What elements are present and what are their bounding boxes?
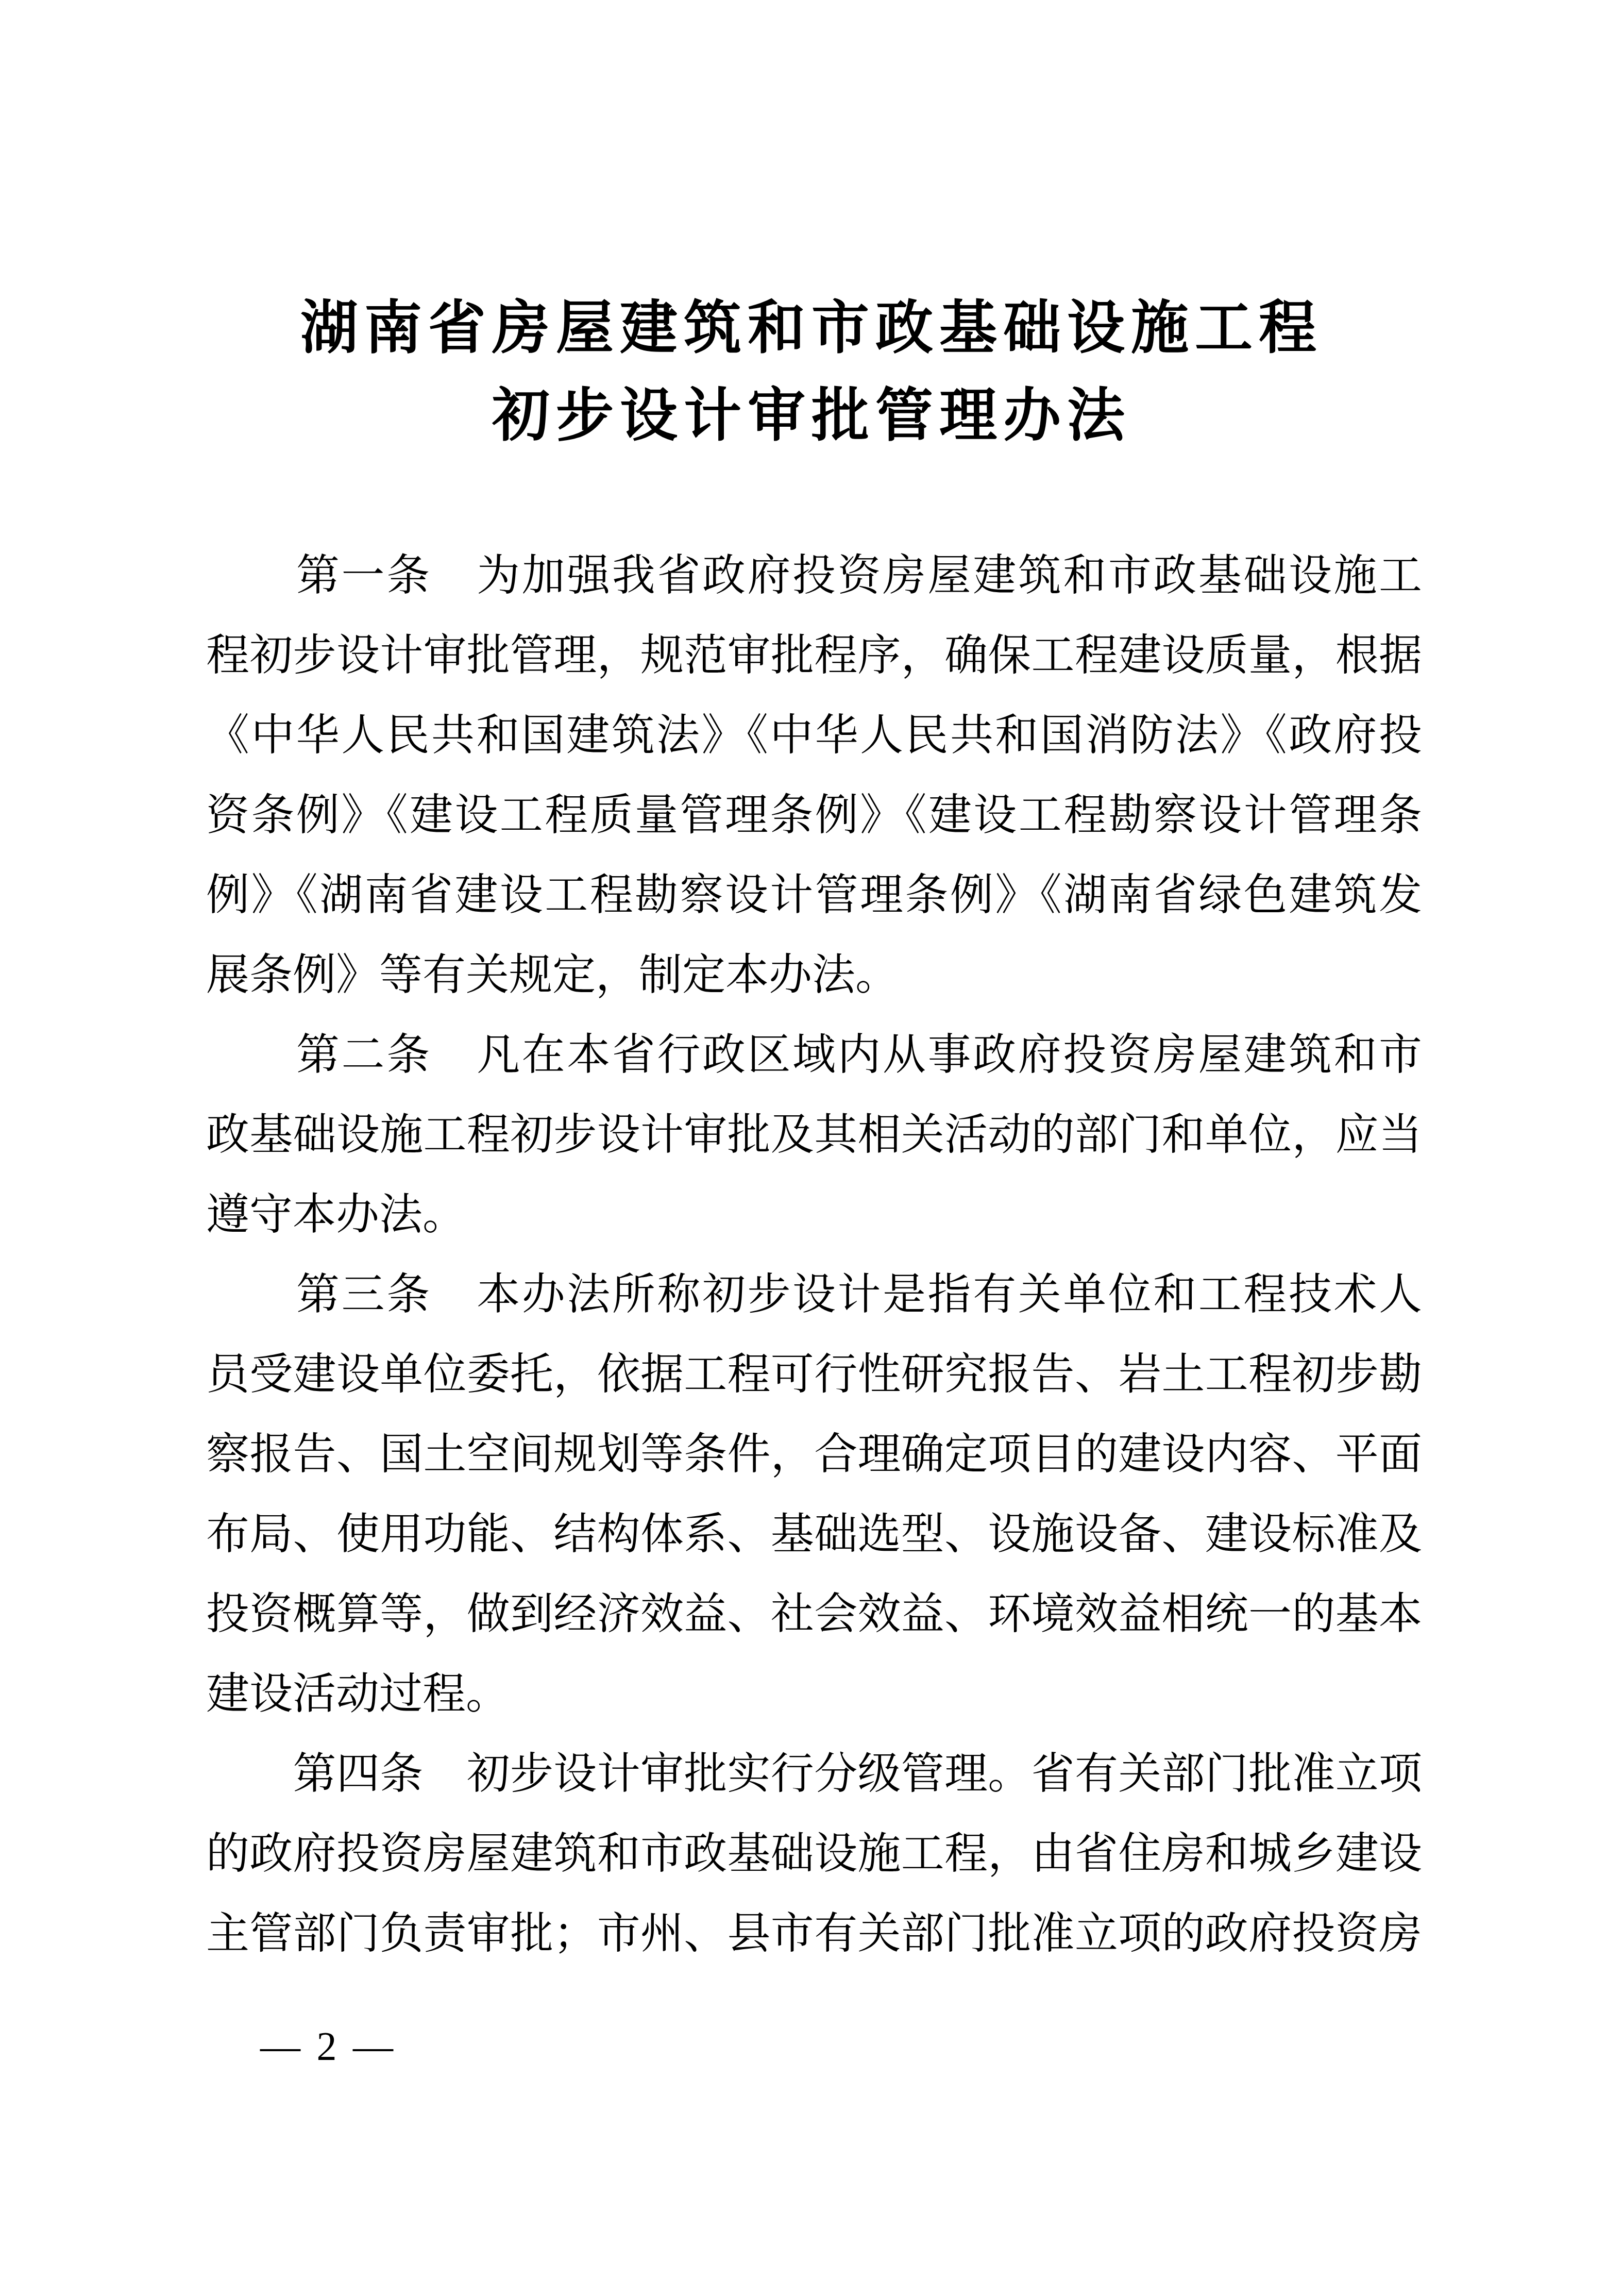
body-line: 布局、使用功能、结构体系、基础选型、设施设备、建设标准及 bbox=[206, 1495, 1422, 1574]
document-title-line1: 湖南省房屋建筑和市政基础设施工程 bbox=[0, 295, 1623, 362]
body-line: 第一条 为加强我省政府投资房屋建筑和市政基础设施工 bbox=[206, 536, 1422, 616]
document-title-line2: 初步设计审批管理办法 bbox=[0, 382, 1623, 449]
body-line: 展条例》等有关规定，制定本办法。 bbox=[206, 935, 1422, 1015]
body-line: 员受建设单位委托，依据工程可行性研究报告、岩土工程初步勘 bbox=[206, 1335, 1422, 1415]
body-line: 投资概算等，做到经济效益、社会效益、环境效益相统一的基本 bbox=[206, 1574, 1422, 1654]
body-line: 的政府投资房屋建筑和市政基础设施工程，由省住房和城乡建设 bbox=[206, 1814, 1422, 1894]
body-line: 第四条 初步设计审批实行分级管理。省有关部门批准立项 bbox=[206, 1734, 1422, 1814]
body-line: 例》《湖南省建设工程勘察设计管理条例》《湖南省绿色建筑发 bbox=[206, 856, 1422, 935]
body-line: 程初步设计审批管理，规范审批程序，确保工程建设质量，根据 bbox=[206, 616, 1422, 696]
body-line: 主管部门负责审批；市州、县市有关部门批准立项的政府投资房 bbox=[206, 1894, 1422, 1974]
body-line: 《中华人民共和国建筑法》《中华人民共和国消防法》《政府投 bbox=[206, 696, 1422, 776]
body-line: 政基础设施工程初步设计审批及其相关活动的部门和单位，应当 bbox=[206, 1095, 1422, 1175]
body-line: 第三条 本办法所称初步设计是指有关单位和工程技术人 bbox=[206, 1255, 1422, 1335]
body-line: 第二条 凡在本省行政区域内从事政府投资房屋建筑和市 bbox=[206, 1015, 1422, 1095]
body-line: 建设活动过程。 bbox=[206, 1654, 1422, 1734]
body-line: 资条例》《建设工程质量管理条例》《建设工程勘察设计管理条 bbox=[206, 776, 1422, 856]
document-page: 湖南省房屋建筑和市政基础设施工程 初步设计审批管理办法 第一条 为加强我省政府投… bbox=[0, 0, 1623, 2296]
document-body: 第一条 为加强我省政府投资房屋建筑和市政基础设施工程初步设计审批管理，规范审批程… bbox=[206, 536, 1422, 1974]
page-number: — 2 — bbox=[260, 2007, 396, 2085]
body-line: 遵守本办法。 bbox=[206, 1175, 1422, 1255]
body-line: 察报告、国土空间规划等条件，合理确定项目的建设内容、平面 bbox=[206, 1415, 1422, 1495]
